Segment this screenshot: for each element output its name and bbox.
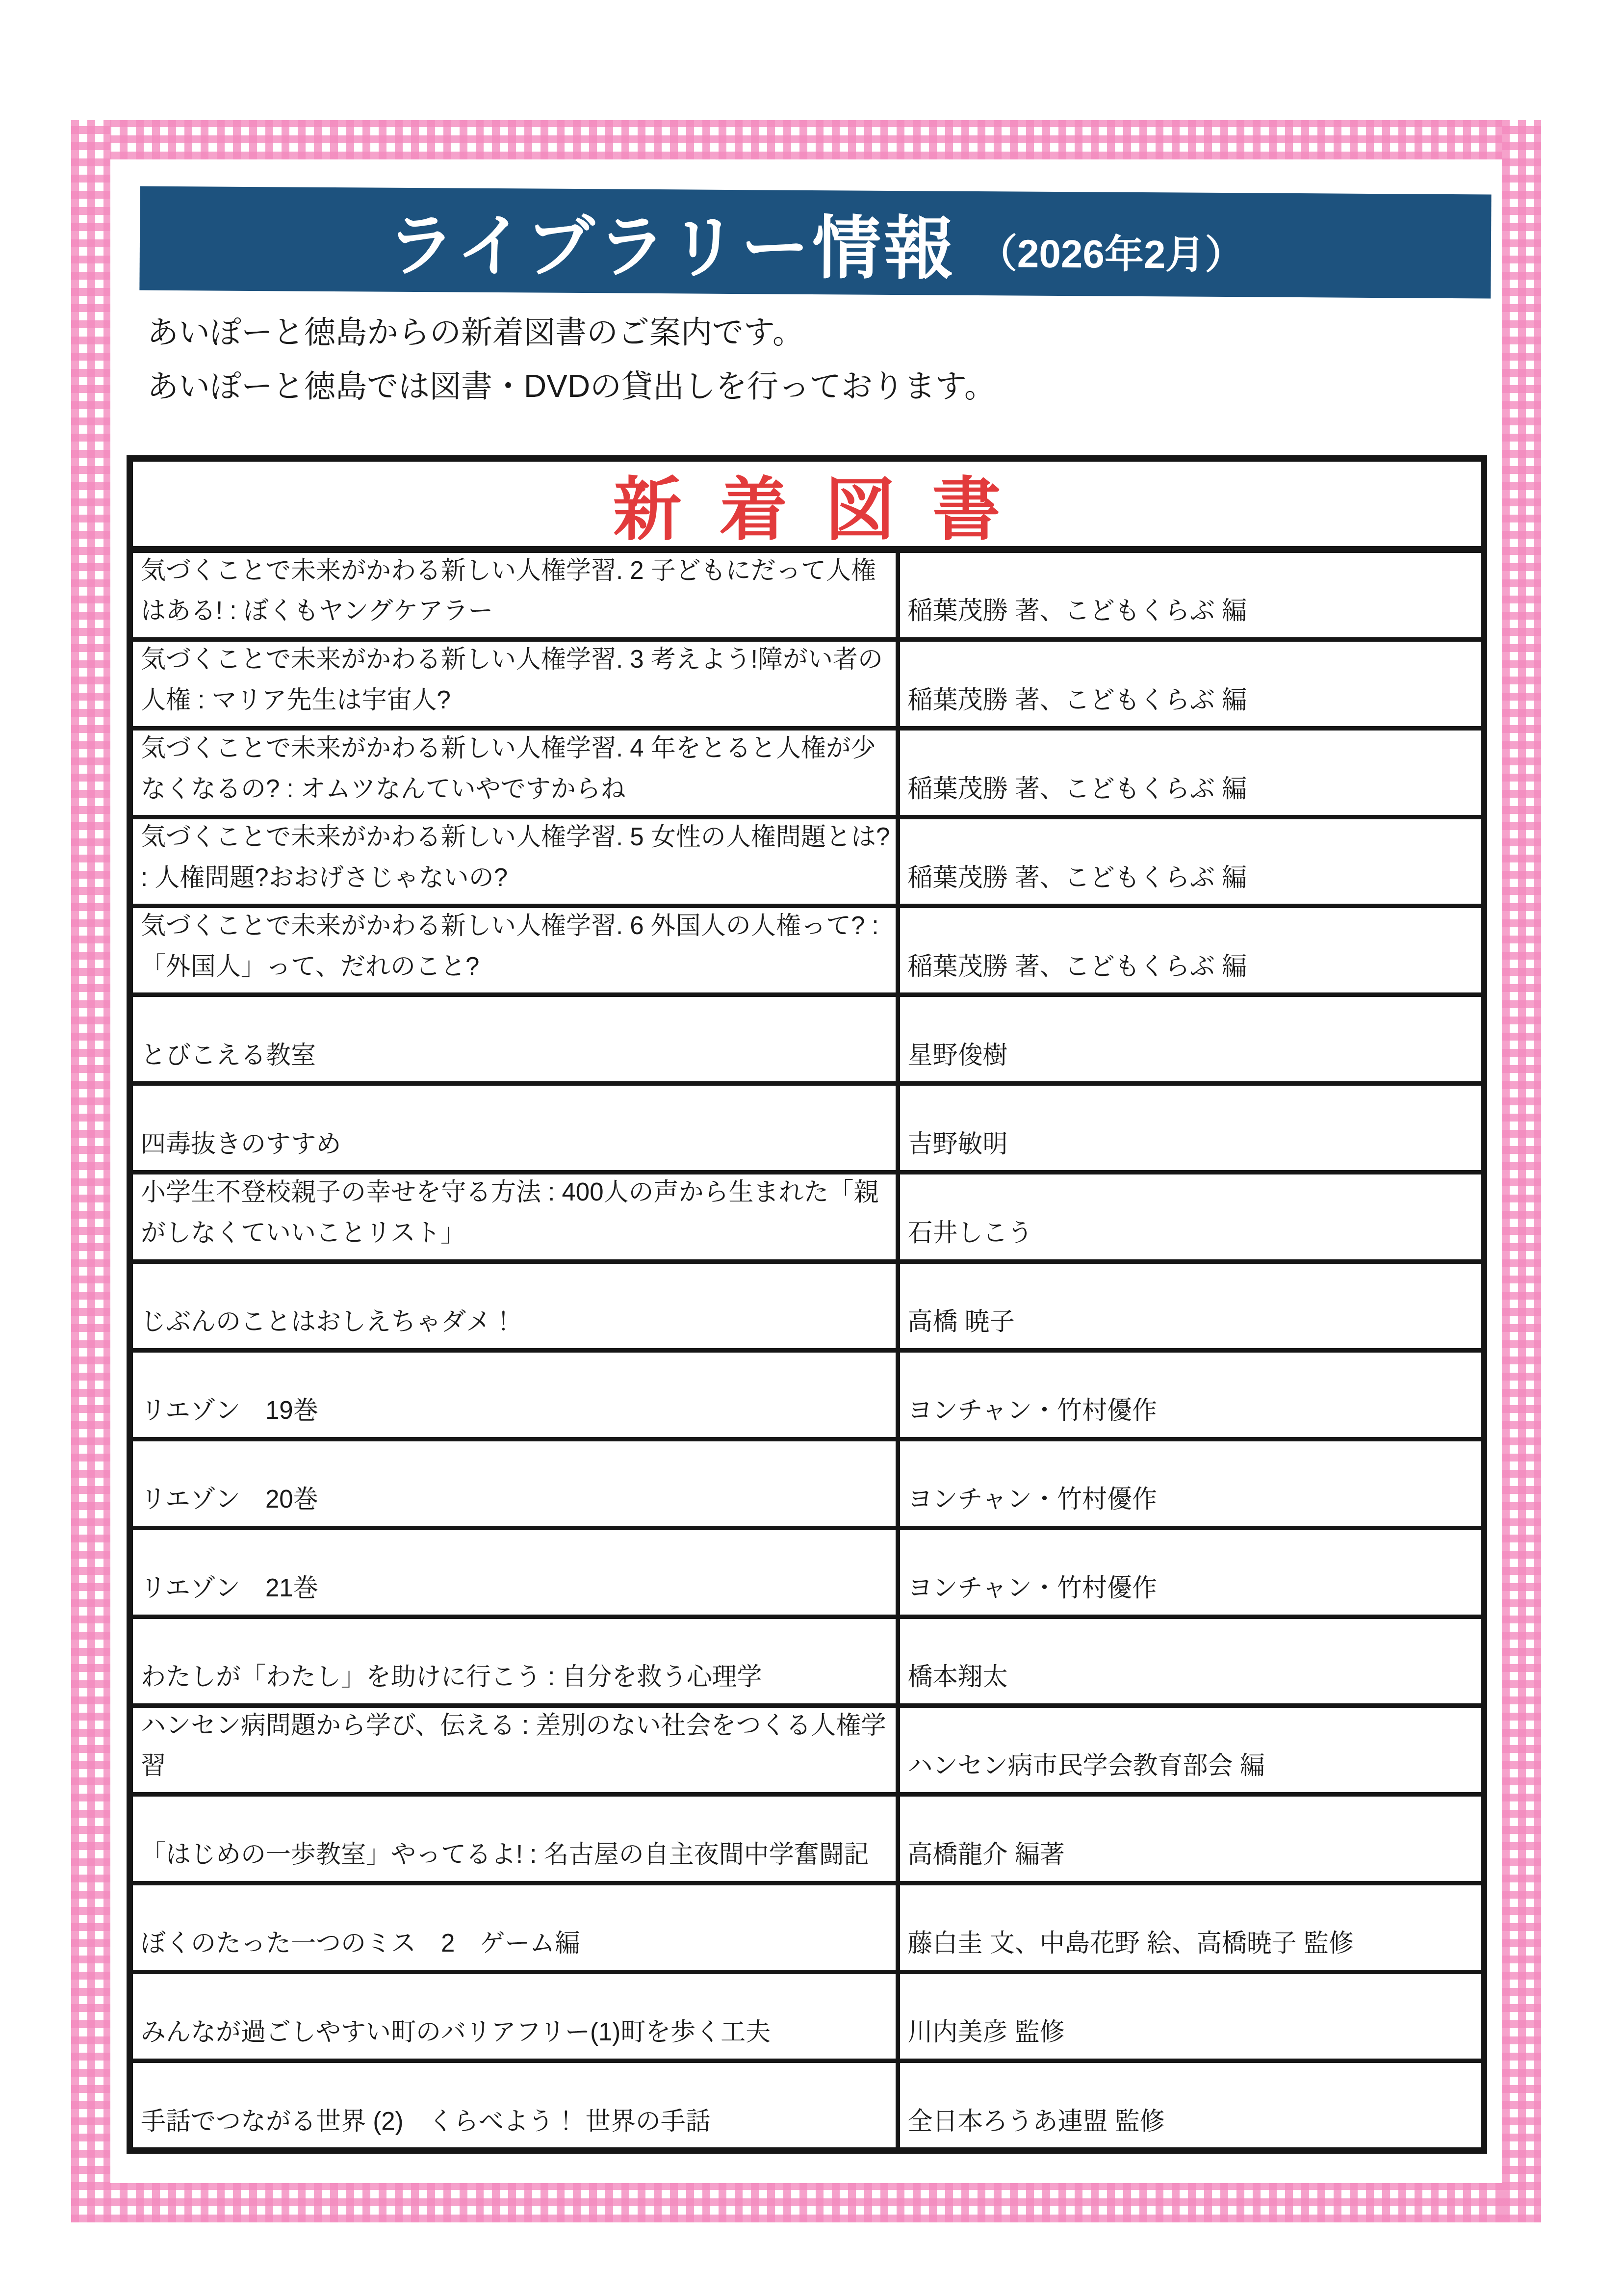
table-row: 四毒抜きのすすめ吉野敏明 <box>133 1081 1481 1170</box>
book-title: 手話でつながる世界 (2) くらべよう！ 世界の手話 <box>141 2101 711 2142</box>
book-title: 気づくことで未来がかわる新しい人権学習. 2 子どもにだって人権はある! : ぼ… <box>141 553 891 631</box>
gingham-border-left <box>71 120 110 2222</box>
table-row: 気づくことで未来がかわる新しい人権学習. 4 年をとると人権が少なくなるの? :… <box>133 726 1481 815</box>
book-author-cell: ハンセン病市民学会教育部会 編 <box>900 1708 1481 1792</box>
book-title-cell: じぶんのことはおしえちゃダメ！ <box>133 1264 900 1348</box>
intro-line-2: あいぽーと徳島では図書・DVDの貸出しを行っております。 <box>147 359 1471 413</box>
table-row: 小学生不登校親子の幸せを守る方法 : 400人の声から生まれた「親がしなくていい… <box>133 1170 1481 1259</box>
book-author: 藤白圭 文、中島花野 絵、高橋暁子 監修 <box>908 1923 1354 1964</box>
book-title: とびこえる教室 <box>141 1035 316 1076</box>
book-title-cell: リエゾン 19巻 <box>133 1353 900 1437</box>
book-title-cell: 気づくことで未来がかわる新しい人権学習. 2 子どもにだって人権はある! : ぼ… <box>133 553 900 637</box>
book-author: 稲葉茂勝 著、こどもくらぶ 編 <box>908 946 1247 987</box>
book-author-cell: 星野俊樹 <box>900 997 1481 1081</box>
book-author-cell: 石井しこう <box>900 1174 1481 1259</box>
table-row: ハンセン病問題から学び、伝える : 差別のない社会をつくる人権学習ハンセン病市民… <box>133 1703 1481 1792</box>
page-title: ライブラリー情報 <box>386 190 956 292</box>
table-row: リエゾン 20巻ヨンチャン・竹村優作 <box>133 1437 1481 1526</box>
book-title: みんなが過ごしやすい町のバリアフリー(1)町を歩く工夫 <box>141 2012 771 2053</box>
book-author-cell: 吉野敏明 <box>900 1086 1481 1170</box>
table-row: リエゾン 21巻ヨンチャン・竹村優作 <box>133 1526 1481 1615</box>
table-row: 「はじめの一歩教室」やってるよ! : 名古屋の自主夜間中学奮闘記高橋龍介 編著 <box>133 1792 1481 1881</box>
book-title: 気づくことで未来がかわる新しい人権学習. 5 女性の人権問題とは? : 人権問題… <box>141 819 891 898</box>
book-title-cell: 小学生不登校親子の幸せを守る方法 : 400人の声から生まれた「親がしなくていい… <box>133 1174 900 1259</box>
table-rows: 気づくことで未来がかわる新しい人権学習. 2 子どもにだって人権はある! : ぼ… <box>133 553 1481 2147</box>
book-author-cell: ヨンチャン・竹村優作 <box>900 1530 1481 1615</box>
table-row: じぶんのことはおしえちゃダメ！高橋 暁子 <box>133 1259 1481 1348</box>
book-title-cell: とびこえる教室 <box>133 997 900 1081</box>
book-author: ヨンチャン・竹村優作 <box>908 1390 1157 1431</box>
book-title-cell: みんなが過ごしやすい町のバリアフリー(1)町を歩く工夫 <box>133 1974 900 2059</box>
book-title: 気づくことで未来がかわる新しい人権学習. 3 考えよう!障がい者の人権 : マリ… <box>141 642 891 720</box>
book-author: 橋本翔太 <box>908 1657 1008 1697</box>
book-author-cell: 高橋 暁子 <box>900 1264 1481 1348</box>
title-banner: ライブラリー情報 （2026年2月） <box>139 186 1491 299</box>
book-title-cell: 「はじめの一歩教室」やってるよ! : 名古屋の自主夜間中学奮闘記 <box>133 1797 900 1881</box>
book-author: 高橋 暁子 <box>908 1302 1015 1342</box>
table-row: みんなが過ごしやすい町のバリアフリー(1)町を歩く工夫川内美彦 監修 <box>133 1970 1481 2059</box>
table-row: 気づくことで未来がかわる新しい人権学習. 6 外国人の人権って? : 「外国人」… <box>133 904 1481 992</box>
book-title-cell: 気づくことで未来がかわる新しい人権学習. 3 考えよう!障がい者の人権 : マリ… <box>133 642 900 726</box>
book-title: わたしが「わたし」を助けに行こう : 自分を救う心理学 <box>141 1657 762 1697</box>
book-author: ハンセン病市民学会教育部会 編 <box>908 1746 1265 1786</box>
book-title: 四毒抜きのすすめ <box>141 1124 341 1165</box>
book-title-cell: わたしが「わたし」を助けに行こう : 自分を救う心理学 <box>133 1619 900 1703</box>
book-author-cell: 稲葉茂勝 著、こどもくらぶ 編 <box>900 553 1481 637</box>
book-author: 石井しこう <box>908 1213 1033 1253</box>
book-author: 稲葉茂勝 著、こどもくらぶ 編 <box>908 680 1247 721</box>
book-author-cell: 全日本ろうあ連盟 監修 <box>900 2063 1481 2147</box>
book-title: ハンセン病問題から学び、伝える : 差別のない社会をつくる人権学習 <box>141 1708 891 1786</box>
book-author: 吉野敏明 <box>908 1124 1008 1165</box>
newsletter-page: ライブラリー情報 （2026年2月） あいぽーと徳島からの新着図書のご案内です。… <box>0 0 1622 2296</box>
book-title: ぼくのたった一つのミス 2 ゲーム編 <box>141 1923 580 1964</box>
table-row: リエゾン 19巻ヨンチャン・竹村優作 <box>133 1348 1481 1437</box>
book-title-cell: 四毒抜きのすすめ <box>133 1086 900 1170</box>
book-author-cell: ヨンチャン・竹村優作 <box>900 1353 1481 1437</box>
book-title: 小学生不登校親子の幸せを守る方法 : 400人の声から生まれた「親がしなくていい… <box>141 1174 891 1253</box>
book-author: 全日本ろうあ連盟 監修 <box>908 2101 1165 2142</box>
book-author-cell: 稲葉茂勝 著、こどもくらぶ 編 <box>900 642 1481 726</box>
table-row: 気づくことで未来がかわる新しい人権学習. 5 女性の人権問題とは? : 人権問題… <box>133 815 1481 904</box>
book-title: リエゾン 21巻 <box>141 1568 318 1609</box>
book-author: 稲葉茂勝 著、こどもくらぶ 編 <box>908 769 1247 809</box>
page-title-period: （2026年2月） <box>978 209 1244 280</box>
book-title: 気づくことで未来がかわる新しい人権学習. 6 外国人の人権って? : 「外国人」… <box>141 908 891 987</box>
book-author-cell: 藤白圭 文、中島花野 絵、高橋暁子 監修 <box>900 1885 1481 1970</box>
book-title-cell: リエゾン 21巻 <box>133 1530 900 1615</box>
book-author-cell: ヨンチャン・竹村優作 <box>900 1441 1481 1526</box>
book-author: 稲葉茂勝 著、こどもくらぶ 編 <box>908 858 1247 898</box>
book-author-cell: 橋本翔太 <box>900 1619 1481 1703</box>
book-author: ヨンチャン・竹村優作 <box>908 1568 1157 1609</box>
book-author-cell: 稲葉茂勝 著、こどもくらぶ 編 <box>900 731 1481 815</box>
table-row: わたしが「わたし」を助けに行こう : 自分を救う心理学橋本翔太 <box>133 1615 1481 1703</box>
book-title-cell: ぼくのたった一つのミス 2 ゲーム編 <box>133 1885 900 1970</box>
book-author-cell: 高橋龍介 編著 <box>900 1797 1481 1881</box>
book-title: リエゾン 19巻 <box>141 1390 318 1431</box>
book-author-cell: 川内美彦 監修 <box>900 1974 1481 2059</box>
book-author-cell: 稲葉茂勝 著、こどもくらぶ 編 <box>900 908 1481 992</box>
intro-line-1: あいぽーと徳島からの新着図書のご案内です。 <box>147 305 1471 359</box>
intro-text: あいぽーと徳島からの新着図書のご案内です。 あいぽーと徳島では図書・DVDの貸出… <box>147 305 1471 413</box>
book-author: 稲葉茂勝 著、こどもくらぶ 編 <box>908 591 1247 631</box>
book-title: 気づくことで未来がかわる新しい人権学習. 4 年をとると人権が少なくなるの? :… <box>141 731 891 809</box>
table-row: 手話でつながる世界 (2) くらべよう！ 世界の手話全日本ろうあ連盟 監修 <box>133 2059 1481 2147</box>
new-books-table: 新着図書 気づくことで未来がかわる新しい人権学習. 2 子どもにだって人権はある… <box>127 455 1487 2154</box>
table-row: ぼくのたった一つのミス 2 ゲーム編藤白圭 文、中島花野 絵、高橋暁子 監修 <box>133 1881 1481 1970</box>
book-author: 川内美彦 監修 <box>908 2012 1065 2053</box>
gingham-border-top <box>71 120 1541 159</box>
book-title-cell: リエゾン 20巻 <box>133 1441 900 1526</box>
table-row: 気づくことで未来がかわる新しい人権学習. 3 考えよう!障がい者の人権 : マリ… <box>133 637 1481 726</box>
table-row: 気づくことで未来がかわる新しい人権学習. 2 子どもにだって人権はある! : ぼ… <box>133 553 1481 637</box>
book-title-cell: 手話でつながる世界 (2) くらべよう！ 世界の手話 <box>133 2063 900 2147</box>
table-row: とびこえる教室星野俊樹 <box>133 992 1481 1081</box>
book-title-cell: 気づくことで未来がかわる新しい人権学習. 6 外国人の人権って? : 「外国人」… <box>133 908 900 992</box>
table-title: 新着図書 <box>133 462 1481 553</box>
book-title-cell: 気づくことで未来がかわる新しい人権学習. 5 女性の人権問題とは? : 人権問題… <box>133 819 900 904</box>
book-title: じぶんのことはおしえちゃダメ！ <box>141 1302 516 1342</box>
book-author: 星野俊樹 <box>908 1035 1008 1076</box>
book-title-cell: 気づくことで未来がかわる新しい人権学習. 4 年をとると人権が少なくなるの? :… <box>133 731 900 815</box>
book-title: リエゾン 20巻 <box>141 1479 318 1520</box>
book-author: ヨンチャン・竹村優作 <box>908 1479 1157 1520</box>
book-author: 高橋龍介 編著 <box>908 1834 1065 1875</box>
book-title: 「はじめの一歩教室」やってるよ! : 名古屋の自主夜間中学奮闘記 <box>141 1834 869 1875</box>
gingham-border-bottom <box>71 2183 1541 2222</box>
book-title-cell: ハンセン病問題から学び、伝える : 差別のない社会をつくる人権学習 <box>133 1708 900 1792</box>
book-author-cell: 稲葉茂勝 著、こどもくらぶ 編 <box>900 819 1481 904</box>
gingham-border-right <box>1502 120 1541 2222</box>
